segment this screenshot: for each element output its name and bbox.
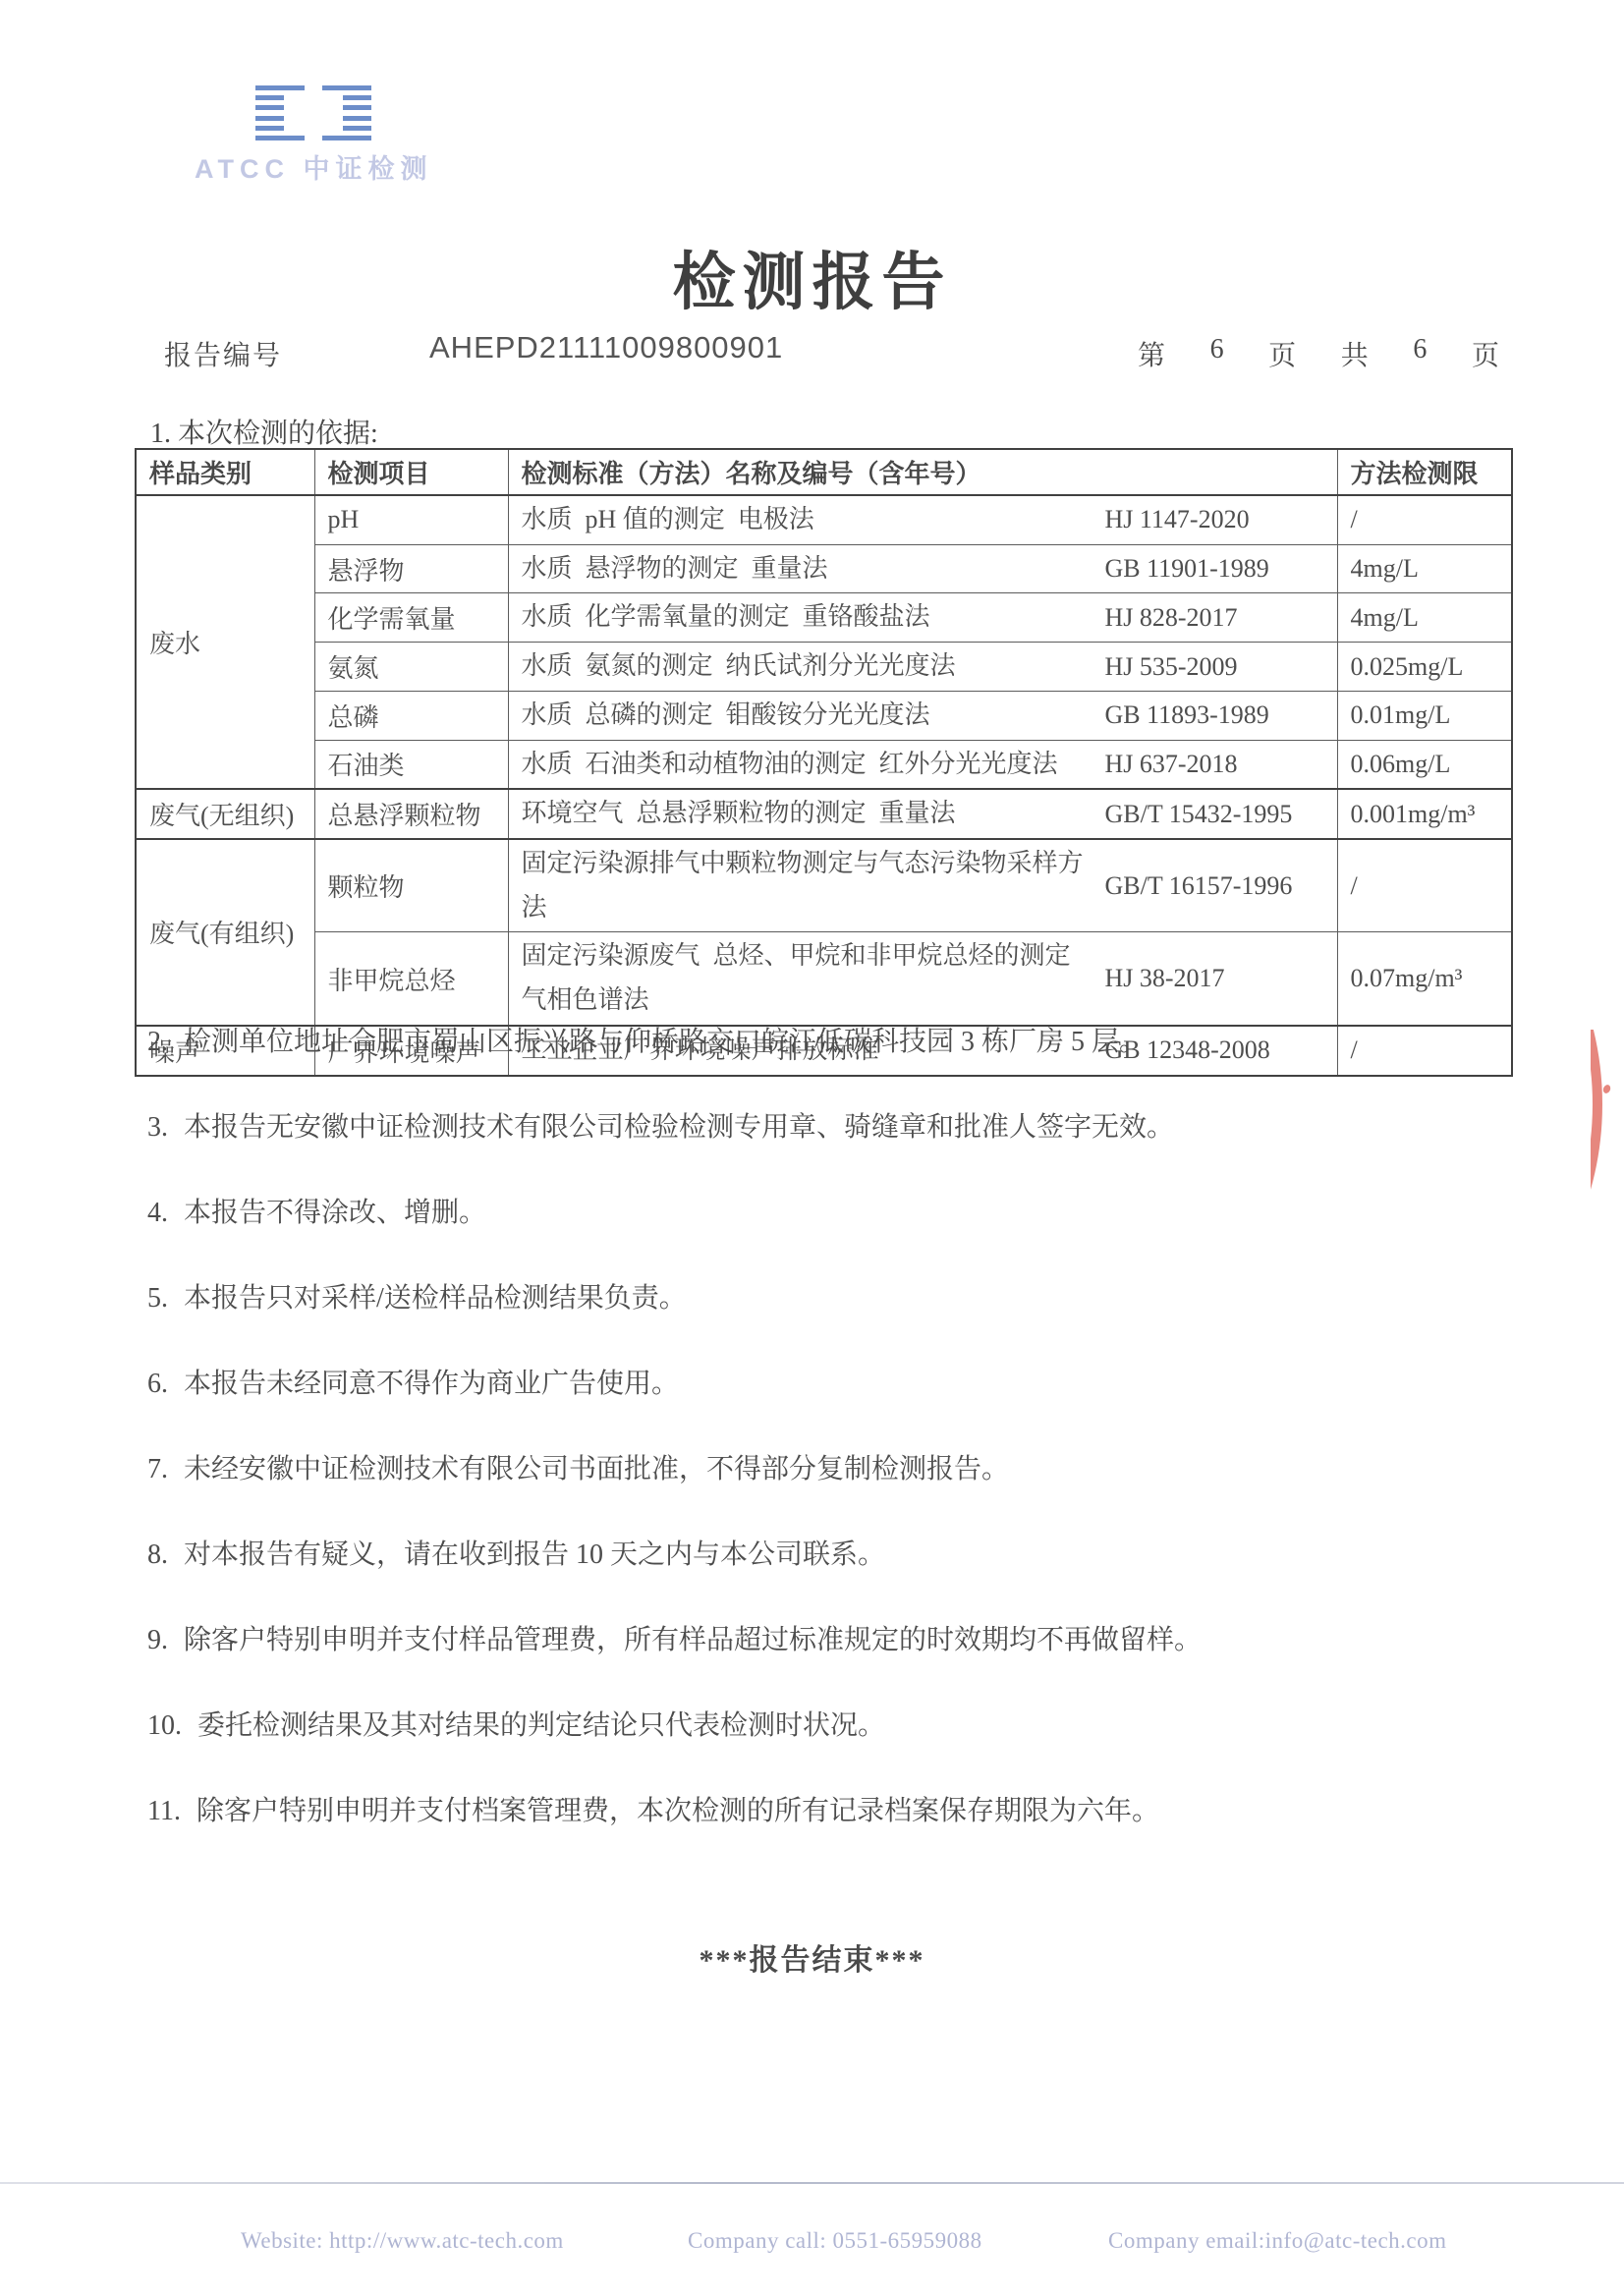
report-number-value: AHEPD21111009800901: [429, 330, 783, 365]
page-number-indicator: 第 6 页 共 6 页: [1138, 334, 1499, 373]
standard-name: 固定污染源排气中颗粒物测定与气态污染物采样方法: [522, 842, 1105, 929]
note-text: 委托检测结果及其对结果的判定结论只代表检测时状况。: [197, 1710, 885, 1741]
col-header-item: 检测项目: [314, 449, 508, 495]
test-standards-table: 样品类别 检测项目 检测标准（方法）名称及编号（含年号） 方法检测限 废水 pH…: [135, 448, 1513, 1077]
cell-item: 化学需氧量: [314, 593, 508, 643]
note-text: 对本报告有疑义，请在收到报告 10 天之内与本公司联系。: [184, 1539, 885, 1570]
note-11: 11.除客户特别申明并支付档案管理费，本次检测的所有记录档案保存期限为六年。: [147, 1789, 1523, 1819]
cell-limit: 0.07mg/m³: [1337, 932, 1512, 1026]
cell-standard: 水质 总磷的测定 钼酸铵分光光度法GB 11893-1989: [508, 691, 1337, 740]
note-number: 5.: [147, 1283, 168, 1315]
cell-limit: /: [1337, 495, 1512, 544]
total-word: 共: [1341, 334, 1369, 373]
table-row: 非甲烷总烃 固定污染源废气 总烃、甲烷和非甲烷总烃的测定 气相色谱法HJ 38-…: [136, 932, 1512, 1026]
section-1-heading: 1. 本次检测的依据:: [150, 412, 378, 451]
cell-limit: 4mg/L: [1337, 593, 1512, 643]
report-number-label: 报告编号: [164, 334, 282, 373]
note-8: 8.对本报告有疑义，请在收到报告 10 天之内与本公司联系。: [147, 1533, 1523, 1562]
cell-item: 石油类: [314, 740, 508, 789]
table-row: 化学需氧量 水质 化学需氧量的测定 重铬酸盐法HJ 828-2017 4mg/L: [136, 593, 1512, 643]
page-word: 第: [1138, 334, 1165, 373]
seal-arc-icon: [1591, 1030, 1602, 1199]
cell-standard: 水质 氨氮的测定 纳氏试剂分光光度法HJ 535-2009: [508, 643, 1337, 692]
standard-code: HJ 1147-2020: [1105, 505, 1329, 534]
footer-divider: [0, 2182, 1624, 2184]
cell-item: 总磷: [314, 691, 508, 740]
footer-website: Website: http://www.atc-tech.com: [241, 2228, 564, 2254]
standard-name: 环境空气 总悬浮颗粒物的测定 重量法: [522, 792, 1105, 836]
cell-standard: 水质 石油类和动植物油的测定 红外分光光度法HJ 637-2018: [508, 740, 1337, 789]
company-brand-text: ATCC 中证检测: [195, 147, 433, 186]
standard-name: 固定污染源废气 总烃、甲烷和非甲烷总烃的测定 气相色谱法: [522, 934, 1105, 1022]
note-number: 10.: [147, 1710, 182, 1742]
table-row: 氨氮 水质 氨氮的测定 纳氏试剂分光光度法HJ 535-2009 0.025mg…: [136, 643, 1512, 692]
cell-item: 颗粒物: [314, 839, 508, 932]
standard-code: GB/T 16157-1996: [1105, 871, 1329, 901]
cell-standard: 水质 悬浮物的测定 重量法GB 11901-1989: [508, 544, 1337, 593]
cell-standard: 环境空气 总悬浮颗粒物的测定 重量法GB/T 15432-1995: [508, 789, 1337, 839]
cell-category: 废水: [136, 495, 314, 789]
table-row: 废气(有组织) 颗粒物 固定污染源排气中颗粒物测定与气态污染物采样方法GB/T …: [136, 839, 1512, 932]
cell-limit: 4mg/L: [1337, 544, 1512, 593]
note-number: 9.: [147, 1625, 168, 1656]
cell-limit: 0.01mg/L: [1337, 691, 1512, 740]
standard-name: 水质 石油类和动植物油的测定 红外分光光度法: [522, 743, 1105, 787]
page-word: 页: [1472, 334, 1499, 373]
footer-phone: Company call: 0551-65959088: [688, 2228, 982, 2254]
cell-limit: 0.06mg/L: [1337, 740, 1512, 789]
note-text: 本报告只对采样/送检样品检测结果负责。: [184, 1283, 687, 1314]
note-5: 5.本报告只对采样/送检样品检测结果负责。: [147, 1276, 1523, 1306]
cell-item: 总悬浮颗粒物: [314, 789, 508, 839]
col-header-category: 样品类别: [136, 449, 314, 495]
cell-standard: 水质 pH 值的测定 电极法HJ 1147-2020: [508, 495, 1337, 544]
standard-name: 水质 氨氮的测定 纳氏试剂分光光度法: [522, 644, 1105, 689]
table-row: 废气(无组织) 总悬浮颗粒物 环境空气 总悬浮颗粒物的测定 重量法GB/T 15…: [136, 789, 1512, 839]
table-row: 废水 pH 水质 pH 值的测定 电极法HJ 1147-2020 /: [136, 495, 1512, 544]
note-number: 2.: [147, 1027, 168, 1058]
table-row: 石油类 水质 石油类和动植物油的测定 红外分光光度法HJ 637-2018 0.…: [136, 740, 1512, 789]
cell-limit: /: [1337, 839, 1512, 932]
note-10: 10.委托检测结果及其对结果的判定结论只代表检测时状况。: [147, 1704, 1523, 1733]
table-row: 悬浮物 水质 悬浮物的测定 重量法GB 11901-1989 4mg/L: [136, 544, 1512, 593]
cell-item: 悬浮物: [314, 544, 508, 593]
cell-standard: 水质 化学需氧量的测定 重铬酸盐法HJ 828-2017: [508, 593, 1337, 643]
standard-code: HJ 535-2009: [1105, 652, 1329, 682]
note-text: 除客户特别申明并支付档案管理费，本次检测的所有记录档案保存期限为六年。: [196, 1796, 1159, 1826]
note-number: 4.: [147, 1198, 168, 1229]
cell-item: 氨氮: [314, 643, 508, 692]
standard-code: GB 11893-1989: [1105, 700, 1329, 730]
report-end-marker: ***报告结束***: [0, 1935, 1624, 1979]
note-text: 本报告不得涂改、增删。: [184, 1198, 486, 1228]
standard-name: 水质 pH 值的测定 电极法: [522, 498, 1105, 542]
note-3: 3.本报告无安徽中证检测技术有限公司检验检测专用章、骑缝章和批准人签字无效。: [147, 1105, 1523, 1135]
total-pages: 6: [1413, 334, 1427, 373]
note-text: 除客户特别申明并支付样品管理费，所有样品超过标准规定的时效期均不再做留样。: [184, 1625, 1202, 1655]
footer-email: Company email:info@atc-tech.com: [1108, 2228, 1447, 2254]
note-number: 8.: [147, 1539, 168, 1571]
note-text: 未经安徽中证检测技术有限公司书面批准，不得部分复制检测报告。: [184, 1454, 1009, 1484]
note-number: 11.: [147, 1796, 181, 1827]
note-4: 4.本报告不得涂改、增删。: [147, 1191, 1523, 1220]
page-word: 页: [1268, 334, 1296, 373]
cell-item: 非甲烷总烃: [314, 932, 508, 1026]
note-number: 3.: [147, 1112, 168, 1144]
cell-limit: 0.025mg/L: [1337, 643, 1512, 692]
note-6: 6.本报告未经同意不得作为商业广告使用。: [147, 1362, 1523, 1391]
cell-limit: 0.001mg/m³: [1337, 789, 1512, 839]
standard-code: GB/T 15432-1995: [1105, 800, 1329, 829]
table-row: 总磷 水质 总磷的测定 钼酸铵分光光度法GB 11893-1989 0.01mg…: [136, 691, 1512, 740]
seal-dot-icon: [1601, 1084, 1611, 1094]
standard-name: 水质 悬浮物的测定 重量法: [522, 547, 1105, 591]
col-header-limit: 方法检测限: [1337, 449, 1512, 495]
page-title: 检测报告: [0, 232, 1624, 322]
note-number: 6.: [147, 1369, 168, 1400]
col-header-standard: 检测标准（方法）名称及编号（含年号）: [508, 449, 1337, 495]
standard-name: 水质 总磷的测定 钼酸铵分光光度法: [522, 694, 1105, 738]
cell-category: 废气(无组织): [136, 789, 314, 839]
company-logo-icon: [255, 85, 375, 140]
note-number: 7.: [147, 1454, 168, 1485]
table-header-row: 样品类别 检测项目 检测标准（方法）名称及编号（含年号） 方法检测限: [136, 449, 1512, 495]
note-text: 本报告无安徽中证检测技术有限公司检验检测专用章、骑缝章和批准人签字无效。: [184, 1112, 1174, 1143]
standard-code: HJ 828-2017: [1105, 603, 1329, 633]
notes-list: 2.检测单位地址合肥市蜀山区振兴路与仰桥路交口皖江低碳科技园 3 栋厂房 5 层…: [147, 1020, 1523, 1875]
logo-left-bracket-icon: [255, 85, 305, 140]
standard-code: HJ 637-2018: [1105, 750, 1329, 779]
standard-name: 水质 化学需氧量的测定 重铬酸盐法: [522, 595, 1105, 640]
cell-category: 废气(有组织): [136, 839, 314, 1026]
standard-code: HJ 38-2017: [1105, 964, 1329, 993]
cell-standard: 固定污染源废气 总烃、甲烷和非甲烷总烃的测定 气相色谱法HJ 38-2017: [508, 932, 1337, 1026]
standard-code: GB 11901-1989: [1105, 554, 1329, 584]
note-9: 9.除客户特别申明并支付样品管理费，所有样品超过标准规定的时效期均不再做留样。: [147, 1618, 1523, 1648]
current-page: 6: [1210, 334, 1224, 373]
red-seal-fragment: [1591, 1030, 1624, 1199]
cell-standard: 固定污染源排气中颗粒物测定与气态污染物采样方法GB/T 16157-1996: [508, 839, 1337, 932]
note-7: 7.未经安徽中证检测技术有限公司书面批准，不得部分复制检测报告。: [147, 1447, 1523, 1477]
note-text: 本报告未经同意不得作为商业广告使用。: [184, 1369, 679, 1399]
logo-right-bracket-icon: [322, 85, 371, 140]
note-2: 2.检测单位地址合肥市蜀山区振兴路与仰桥路交口皖江低碳科技园 3 栋厂房 5 层…: [147, 1020, 1523, 1049]
note-text: 检测单位地址合肥市蜀山区振兴路与仰桥路交口皖江低碳科技园 3 栋厂房 5 层。: [184, 1027, 1147, 1057]
cell-item: pH: [314, 495, 508, 544]
